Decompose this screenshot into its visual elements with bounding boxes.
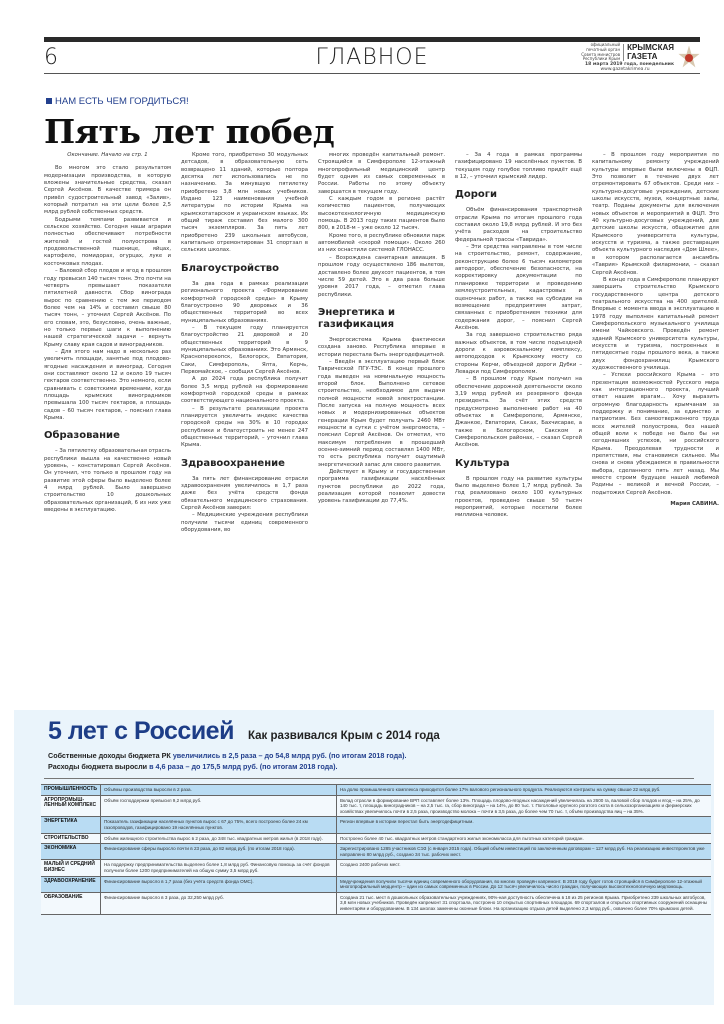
sector-name: ОБРАЗОВАНИЕ [41, 892, 100, 914]
square-bullet-icon [46, 98, 52, 104]
table-row: ОБРАЗОВАНИЕ Финансирование выросло в 3 р… [41, 892, 711, 914]
subheading-improvement: Благоустройство [181, 263, 308, 275]
paragraph: – Для этого нам надо в несколько раз уве… [44, 349, 171, 422]
paragraph: Объём финансирования транспортной отрасл… [455, 207, 582, 244]
author-signature: Мария САВИНА. [592, 501, 719, 508]
article-column-4: – За 4 года в рамках программы газифицир… [455, 152, 582, 700]
table-row: МАЛЫЙ И СРЕДНИЙ БИЗНЕС На поддержку пред… [41, 860, 711, 876]
paragraph: – Эти средства направлены в том числе на… [455, 244, 582, 332]
article-rubric: НАМ ЕСТЬ ЧЕМ ГОРДИТЬСЯ! [46, 96, 189, 107]
fact-label: Собственные доходы бюджета РК [48, 751, 173, 760]
article-headline: Пять лет побед [44, 112, 334, 151]
sector-finance: Показатель газификации населённых пункто… [100, 817, 336, 833]
paragraph: В прошлом году на развитие культуры было… [455, 476, 582, 520]
paragraph: – Успехи российского Крыма – это презент… [592, 372, 719, 497]
paragraph: Кроме того, в республике обновили парк а… [318, 233, 445, 255]
fact-value: в 4,6 раза – до 175,5 млрд руб. (по итог… [149, 762, 337, 771]
sector-name: МАЛЫЙ И СРЕДНИЙ БИЗНЕС [41, 860, 100, 876]
order-star-emblem-icon [678, 46, 700, 70]
budget-revenue-fact: Собственные доходы бюджета РК увеличилис… [48, 750, 407, 761]
sector-name: ЗДРАВООХРАНЕНИЕ [41, 876, 100, 892]
sector-result: На долю промышленного комплекса приходит… [336, 785, 711, 796]
sector-finance: Финансирование сферы выросло почти в 23 … [100, 844, 336, 860]
table-row: ЭНЕРГЕТИКА Показатель газификации населё… [41, 817, 711, 833]
paragraph: За пять лет финансирование отрасли здрав… [181, 476, 308, 513]
subheading-healthcare: Здравоохранение [181, 458, 308, 470]
rubric-text: НАМ ЕСТЬ ЧЕМ ГОРДИТЬСЯ! [55, 96, 189, 107]
sector-finance: Финансирование выросло в 3 раза, до 32,2… [100, 892, 336, 914]
divider [44, 778, 694, 779]
article-column-3: многих проведён капитальный ремонт. Стро… [318, 152, 445, 700]
paragraph: За год завершено строительство ряда важн… [455, 332, 582, 376]
sector-finance: Объём господдержки превысил 9,2 млрд руб… [100, 795, 336, 817]
subheading-roads: Дороги [455, 189, 582, 201]
fact-label: Расходы бюджета выросли [48, 762, 149, 771]
paragraph: А до 2024 года республика получит более … [181, 376, 308, 405]
table-row: ЭКОНОМИКА Финансирование сферы выросло п… [41, 844, 711, 860]
article-column-2: Кроме того, приобретено 30 модульных дет… [181, 152, 308, 700]
table-row: ЗДРАВООХРАНЕНИЕ Финансирование выросло в… [41, 876, 711, 892]
paragraph: Бодрыми темпами развивается и сельское х… [44, 217, 171, 268]
paragraph: – В текущем году планируется благоустрой… [181, 325, 308, 376]
infobox-title: 5 лет с Россией [48, 717, 234, 746]
paragraph: – За пятилетку образовательная отрасль р… [44, 448, 171, 514]
infobox-subtitle: Как развивался Крым с 2014 года [248, 730, 440, 742]
article-column-1: Окончание. Начало на стр. 1 Во многом эт… [44, 152, 171, 700]
sector-result: Медучреждения получили тысячи единиц сов… [336, 876, 711, 892]
article-body: Окончание. Начало на стр. 1 Во многом эт… [44, 152, 720, 700]
sector-result: Построено более 40 тыс. квадратных метро… [336, 833, 711, 844]
paragraph: – В прошлом году Крым получил на обеспеч… [455, 376, 582, 449]
paragraph: С каждым годом в регионе растёт количест… [318, 196, 445, 233]
paragraph: многих проведён капитальный ремонт. Стро… [318, 152, 445, 196]
sector-name: СТРОИТЕЛЬСТВО [41, 833, 100, 844]
paragraph: – Введён в эксплуатацию первый блок Тавр… [318, 359, 445, 469]
table-row: ПРОМЫШЛЕННОСТЬ Объёмы производства вырос… [41, 785, 711, 796]
paragraph: Кроме того, приобретено 30 модульных дет… [181, 152, 308, 255]
sector-name: АГРОПРОМЫШ-ЛЕННЫЙ КОМПЛЕКС [41, 795, 100, 817]
paragraph: За два года в рамках реализации регионал… [181, 281, 308, 325]
table-row: АГРОПРОМЫШ-ЛЕННЫЙ КОМПЛЕКС Объём господд… [41, 795, 711, 817]
paragraph: – Валовой сбор плодов и ягод в прошлом г… [44, 268, 171, 349]
sector-result: Зарегистрировано 1285 участников СЭЗ (с … [336, 844, 711, 860]
sector-stats-table: ПРОМЫШЛЕННОСТЬ Объёмы производства вырос… [41, 784, 711, 915]
sector-result: Создана 21 тыс. мест в дошкольных образо… [336, 892, 711, 914]
budget-facts: Собственные доходы бюджета РК увеличилис… [48, 750, 407, 772]
infobox-header: 5 лет с Россией Как развивался Крым с 20… [48, 717, 440, 746]
article-column-5: – В прошлом году мероприятия по капиталь… [592, 152, 719, 700]
sector-finance: Финансирование выросло в 1,7 раза (без у… [100, 876, 336, 892]
budget-expense-fact: Расходы бюджета выросли в 4,6 раза – до … [48, 761, 407, 772]
sector-name: ЭКОНОМИКА [41, 844, 100, 860]
subheading-energy: Энергетика и газификация [318, 307, 445, 331]
subheading-education: Образование [44, 430, 171, 442]
paragraph: – За 4 года в рамках программы газифицир… [455, 152, 582, 181]
table-row: СТРОИТЕЛЬСТВО Объём жилищного строительс… [41, 833, 711, 844]
paragraph: – В результате реализации проекта планир… [181, 406, 308, 450]
sector-name: ПРОМЫШЛЕННОСТЬ [41, 785, 100, 796]
fact-value: увеличились в 2,5 раза – до 54,8 млрд ру… [173, 751, 407, 760]
article-continuation-note: Окончание. Начало на стр. 1 [44, 152, 171, 159]
sector-result: Регион впервые в истории перестал быть э… [336, 817, 711, 833]
paragraph: Энергосистема Крыма фактически создана з… [318, 337, 445, 359]
paragraph: – Медицинские учреждения республики полу… [181, 512, 308, 534]
sector-result: Вклад отрасли в формирование ВРП составл… [336, 795, 711, 817]
paragraph: – В прошлом году мероприятия по капиталь… [592, 152, 719, 277]
paragraph: – Возрождена санитарная авиация. В прошл… [318, 255, 445, 299]
sector-finance: Объёмы производства выросли в 2 раза. [100, 785, 336, 796]
section-title: ГЛАВНОЕ [44, 45, 700, 70]
paragraph: В конце года в Симферополе планируют зав… [592, 277, 719, 372]
sector-finance: На поддержку предпринимательства выделен… [100, 860, 336, 876]
subheading-culture: Культура [455, 458, 582, 470]
sector-finance: Объём жилищного строительства вырос в 2 … [100, 833, 336, 844]
sector-result: Создано 2400 рабочих мест. [336, 860, 711, 876]
sector-name: ЭНЕРГЕТИКА [41, 817, 100, 833]
masthead: 6 ГЛАВНОЕ официальный печатный орган Сов… [44, 37, 700, 74]
infographic-5-years-with-russia: 5 лет с Россией Как развивался Крым с 20… [14, 710, 714, 1005]
paragraph: Действует в Крыму и государственная прог… [318, 469, 445, 506]
paragraph: Во многом это стало результатом модерниз… [44, 165, 171, 216]
